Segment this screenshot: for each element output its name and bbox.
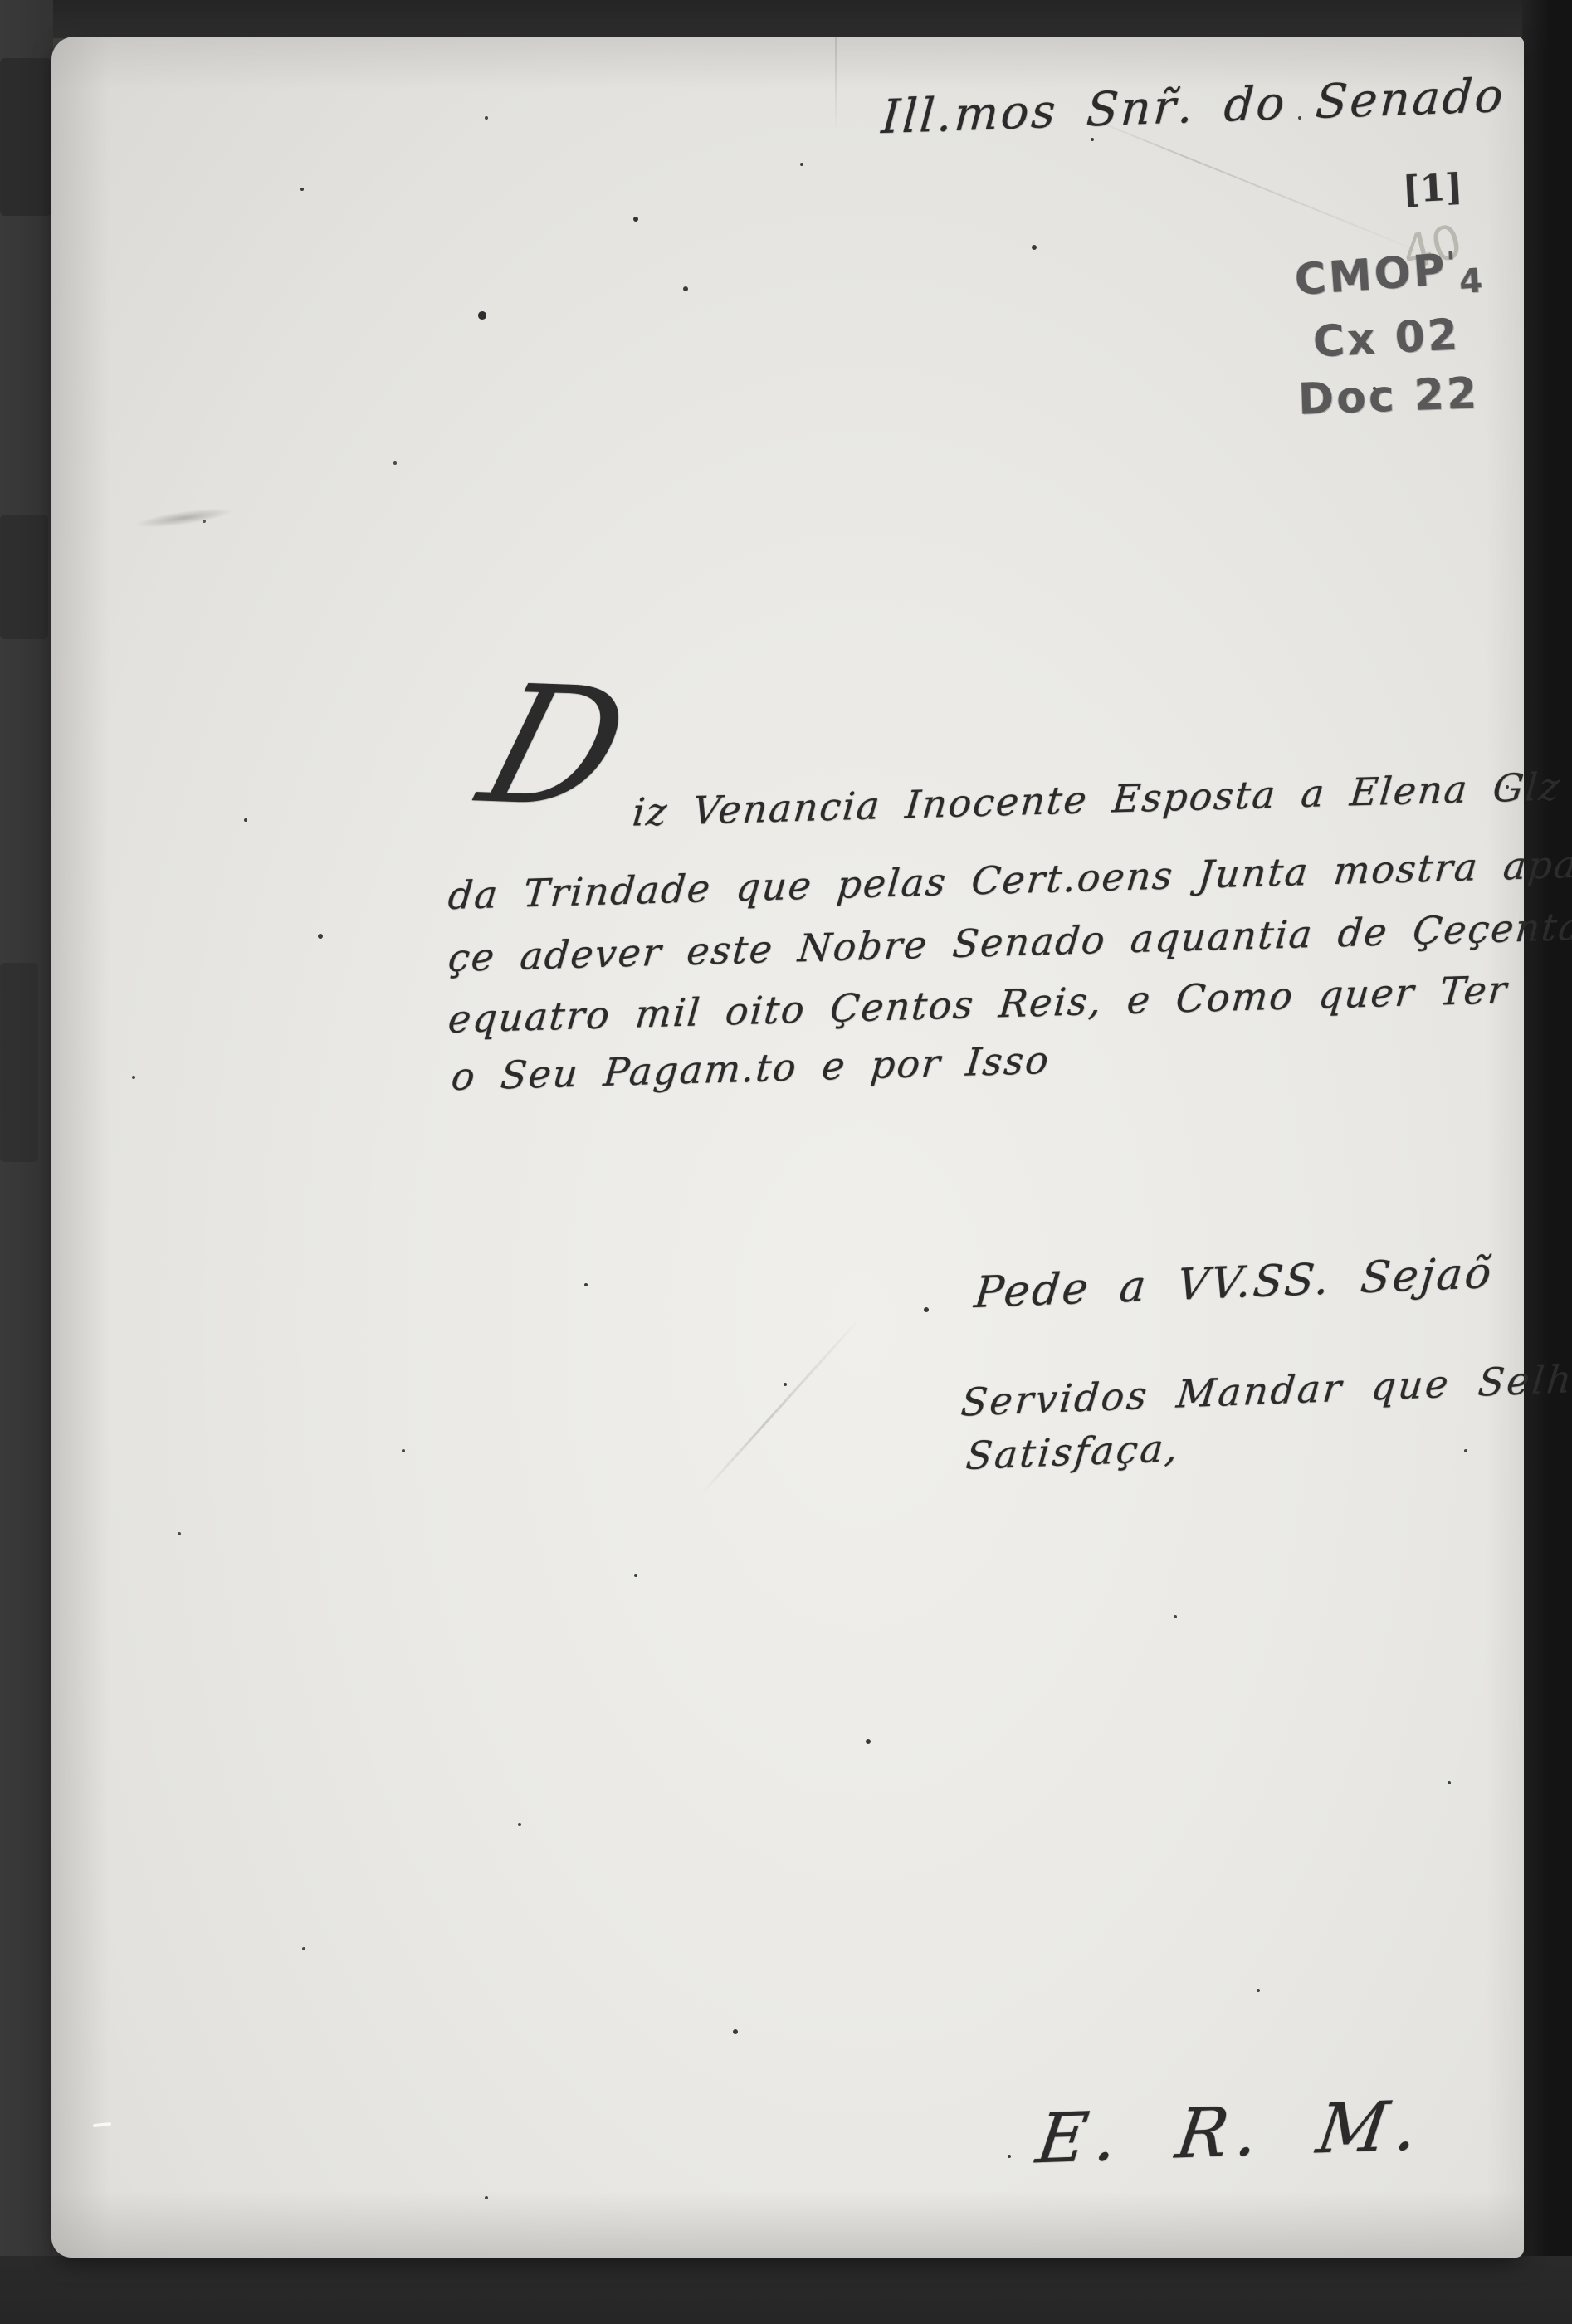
scanned-document-frame: Ill.mos Snr̃. do Senado [1] 40 CMOP'4 Cx… (0, 0, 1572, 2324)
petition-line-3: Satisfaça, (964, 1425, 1182, 1478)
body-text-line-2: da Trindade que pelas Cert.oens Junta mo… (447, 840, 1572, 918)
scan-border-left (0, 0, 53, 2324)
archive-fund-number: 4 (1458, 261, 1487, 301)
ink-specks (51, 37, 55, 40)
folio-number-stamp: [1] (1402, 166, 1464, 212)
paper-crease (1085, 115, 1432, 256)
scan-border-bottom (0, 2256, 1572, 2324)
paper-crease (835, 37, 837, 132)
body-text-line-3: çe adever este Nobre Senado aquantia de … (447, 904, 1572, 980)
paper-crease (700, 1316, 862, 1496)
scan-border-top (0, 0, 1572, 38)
scan-border-shade (0, 58, 51, 216)
body-initial-letter: D (467, 663, 642, 829)
body-text-line-5: o Seu Pagam.to e por Isso (450, 1037, 1052, 1099)
scan-border-shade (0, 963, 38, 1162)
archive-doc-mark: Doc 22 (1297, 369, 1480, 425)
archive-fund-mark: CMOP'4 (1293, 242, 1487, 313)
body-text-line-1: iz Venancia Inocente Esposta a Elena Glz (631, 764, 1563, 834)
scan-border-right (1522, 0, 1572, 2324)
manuscript-page: Ill.mos Snr̃. do Senado [1] 40 CMOP'4 Cx… (51, 37, 1524, 2258)
addressee-header: Ill.mos Snr̃. do Senado (880, 69, 1507, 144)
scan-border-shade (0, 515, 48, 639)
petition-line-2: Servidos Mandar que Selhi (959, 1355, 1572, 1424)
body-text-line-4: equatro mil oito Çentos Reis, e Como que… (447, 967, 1511, 1042)
paper-scratch (93, 2122, 111, 2127)
archive-fund-code: CMOP (1293, 245, 1449, 305)
paper-smudge (134, 505, 234, 532)
closing-formula-erm: E. R. M. (1032, 2087, 1431, 2180)
archive-fund-apostrophe: ' (1446, 246, 1459, 280)
petition-line-1: Pede a VV.SS. Sejaõ (972, 1248, 1496, 1318)
archive-box-mark: Cx 02 (1312, 310, 1462, 367)
